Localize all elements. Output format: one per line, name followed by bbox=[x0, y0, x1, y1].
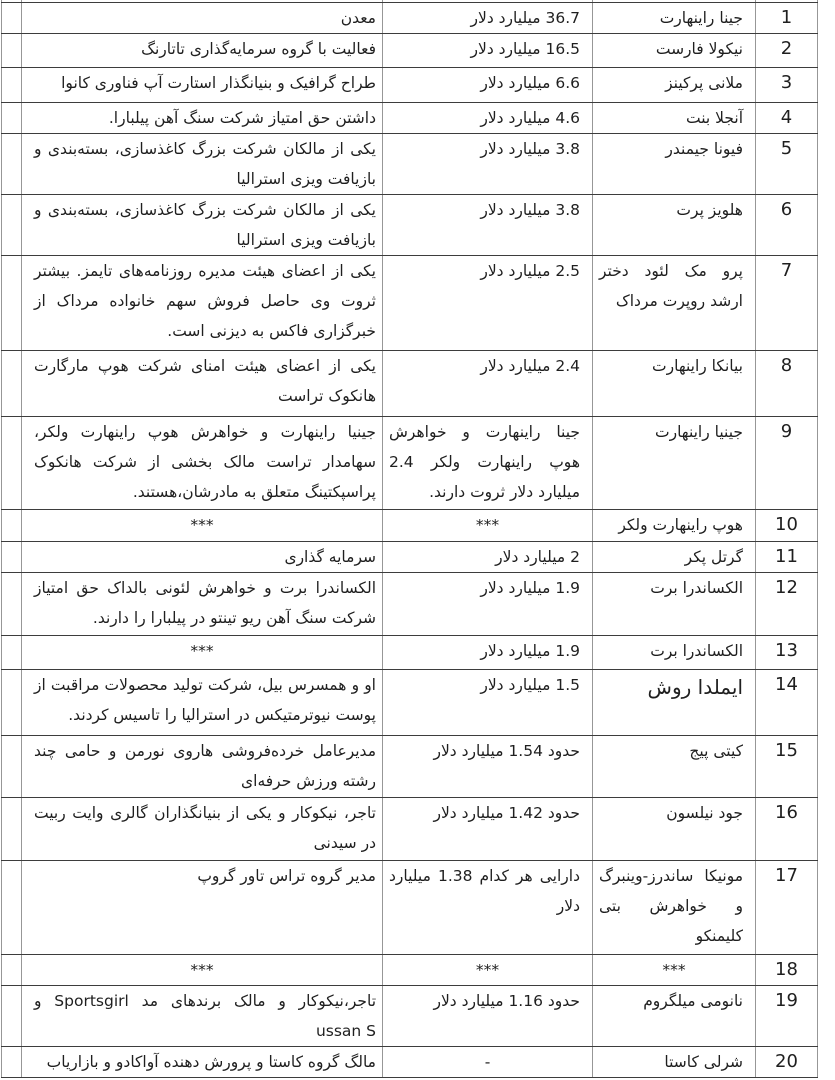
description-cell: *** bbox=[22, 955, 383, 986]
wealth-cell: 3.8 میلیارد دلار bbox=[383, 195, 593, 256]
name-cell: گرتل پکر bbox=[593, 542, 756, 573]
name-cell: جود نیلسون bbox=[593, 798, 756, 861]
name-cell: *** bbox=[593, 955, 756, 986]
table-row: 16 جود نیلسون حدود 1.42 میلیارد دلار تاج… bbox=[2, 798, 818, 861]
cropped-left-cell bbox=[2, 736, 22, 798]
description-cell: سرمایه گذاری bbox=[22, 542, 383, 573]
description-cell: فعالیت با گروه سرمایه‌گذاری تاتارنگ bbox=[22, 34, 383, 68]
rank-cell: 2 bbox=[756, 34, 818, 68]
cropped-left-cell bbox=[2, 3, 22, 34]
wealth-cell: 16.5 میلیارد دلار bbox=[383, 34, 593, 68]
wealth-cell: حدود 1.16 میلیارد دلار bbox=[383, 986, 593, 1047]
name-cell: پرو مک لئود دختر ارشد روپرت مرداک bbox=[593, 256, 756, 351]
description-cell: تاجر،نیکوکار و مالک برندهای مد Sportsgir… bbox=[22, 986, 383, 1047]
table-row: 4 آنجلا بنت 4.6 میلیارد دلار داشتن حق ام… bbox=[2, 103, 818, 134]
name-cell: آنجلا بنت bbox=[593, 103, 756, 134]
name-cell: ایملدا روش bbox=[593, 670, 756, 736]
name-cell: جینا راینهارت bbox=[593, 3, 756, 34]
table-row: 10 هوپ راینهارت ولکر *** *** bbox=[2, 510, 818, 542]
table-row: 9 جینیا راینهارت جینا راینهارت و خواهرش … bbox=[2, 417, 818, 510]
table-row: 19 نانومی میلگروم حدود 1.16 میلیارد دلار… bbox=[2, 986, 818, 1047]
wealth-cell: 2.4 میلیارد دلار bbox=[383, 351, 593, 417]
description-cell: معدن bbox=[22, 3, 383, 34]
description-cell: یکی از مالکان شرکت بزرگ کاغذسازی، بسته‌ب… bbox=[22, 195, 383, 256]
wealth-cell: 3.8 میلیارد دلار bbox=[383, 134, 593, 195]
rank-cell: 20 bbox=[756, 1047, 818, 1078]
table-row: 15 کیتی پیج حدود 1.54 میلیارد دلار مدیرع… bbox=[2, 736, 818, 798]
name-cell: هلویز پرت bbox=[593, 195, 756, 256]
wealth-cell: 4.6 میلیارد دلار bbox=[383, 103, 593, 134]
wealth-cell: 2.5 میلیارد دلار bbox=[383, 256, 593, 351]
rank-cell: 8 bbox=[756, 351, 818, 417]
wealth-cell: 36.7 میلیارد دلار bbox=[383, 3, 593, 34]
rank-cell: 7 bbox=[756, 256, 818, 351]
name-cell: نیکولا فارست bbox=[593, 34, 756, 68]
rank-cell: 5 bbox=[756, 134, 818, 195]
cropped-left-cell bbox=[2, 510, 22, 542]
description-cell: جینیا راینهارت و خواهرش هوپ راینهارت ولک… bbox=[22, 417, 383, 510]
wealth-cell: جینا راینهارت و خواهرش هوپ راینهارت ولکر… bbox=[383, 417, 593, 510]
rank-cell: 15 bbox=[756, 736, 818, 798]
wealth-cell: دارایی هر کدام 1.38 میلیارد دلار bbox=[383, 861, 593, 955]
description-cell: *** bbox=[22, 510, 383, 542]
cropped-left-cell bbox=[2, 542, 22, 573]
table-row: 3 ملانی پرکینز 6.6 میلیارد دلار طراح گرا… bbox=[2, 68, 818, 103]
name-cell: نانومی میلگروم bbox=[593, 986, 756, 1047]
name-cell: بیانکا راینهارت bbox=[593, 351, 756, 417]
rank-cell: 1 bbox=[756, 3, 818, 34]
name-cell: کیتی پیج bbox=[593, 736, 756, 798]
description-cell: او و همسرس بیل، شرکت تولید محصولات مراقب… bbox=[22, 670, 383, 736]
cropped-left-cell bbox=[2, 256, 22, 351]
wealth-cell: 1.9 میلیارد دلار bbox=[383, 573, 593, 636]
table-row: 12 الکساندرا برت 1.9 میلیارد دلار الکسان… bbox=[2, 573, 818, 636]
rank-cell: 6 bbox=[756, 195, 818, 256]
description-cell: مدیرعامل خرده‌فروشی هاروی نورمن و حامی چ… bbox=[22, 736, 383, 798]
cropped-left-cell bbox=[2, 417, 22, 510]
table-row: 17 مونیکا ساندرز-وینبرگ و خواهرش بتی کلی… bbox=[2, 861, 818, 955]
cropped-left-cell bbox=[2, 1047, 22, 1078]
rank-cell: 19 bbox=[756, 986, 818, 1047]
rank-cell: 14 bbox=[756, 670, 818, 736]
table-row: 6 هلویز پرت 3.8 میلیارد دلار یکی از مالک… bbox=[2, 195, 818, 256]
name-cell: ملانی پرکینز bbox=[593, 68, 756, 103]
rank-cell: 9 bbox=[756, 417, 818, 510]
rank-cell: 13 bbox=[756, 636, 818, 670]
table-row: 11 گرتل پکر 2 میلیارد دلار سرمایه گذاری bbox=[2, 542, 818, 573]
wealth-cell: *** bbox=[383, 955, 593, 986]
wealth-cell: 1.5 میلیارد دلار bbox=[383, 670, 593, 736]
cropped-left-cell bbox=[2, 670, 22, 736]
cropped-left-cell bbox=[2, 351, 22, 417]
name-cell: هوپ راینهارت ولکر bbox=[593, 510, 756, 542]
table-row: 1 جینا راینهارت 36.7 میلیارد دلار معدن bbox=[2, 3, 818, 34]
name-cell: مونیکا ساندرز-وینبرگ و خواهرش بتی کلیمنک… bbox=[593, 861, 756, 955]
description-cell: مدیر گروه تراس تاور گروپ bbox=[22, 861, 383, 955]
cropped-left-cell bbox=[2, 986, 22, 1047]
rank-cell: 16 bbox=[756, 798, 818, 861]
table-row: 20 شرلی کاستا - مالگ گروه کاستا و پرورش … bbox=[2, 1047, 818, 1078]
name-cell: شرلی کاستا bbox=[593, 1047, 756, 1078]
description-cell: یکی از اعضای هیئت مدیره روزنامه‌های تایم… bbox=[22, 256, 383, 351]
description-cell: یکی از مالکان شرکت بزرگ کاغذسازی، بسته‌ب… bbox=[22, 134, 383, 195]
rich-women-table-container: 1 جینا راینهارت 36.7 میلیارد دلار معدن 2… bbox=[1, 0, 818, 1078]
rank-cell: 10 bbox=[756, 510, 818, 542]
name-cell: جینیا راینهارت bbox=[593, 417, 756, 510]
wealth-cell: 6.6 میلیارد دلار bbox=[383, 68, 593, 103]
cropped-left-cell bbox=[2, 861, 22, 955]
table-body: 1 جینا راینهارت 36.7 میلیارد دلار معدن 2… bbox=[2, 0, 818, 1078]
wealth-cell: 1.9 میلیارد دلار bbox=[383, 636, 593, 670]
description-cell: تاجر، نیکوکار و یکی از بنیانگذاران گالری… bbox=[22, 798, 383, 861]
cropped-left-cell bbox=[2, 134, 22, 195]
description-cell: طراح گرافیک و بنیانگذار استارت آپ فناوری… bbox=[22, 68, 383, 103]
description-cell: الکساندرا برت و خواهرش لئونی بالداک حق ا… bbox=[22, 573, 383, 636]
table-row: 5 فیونا جیمندر 3.8 میلیارد دلار یکی از م… bbox=[2, 134, 818, 195]
cropped-left-cell bbox=[2, 573, 22, 636]
cropped-left-cell bbox=[2, 68, 22, 103]
table-row: 13 الکساندرا برت 1.9 میلیارد دلار *** bbox=[2, 636, 818, 670]
table-row: 7 پرو مک لئود دختر ارشد روپرت مرداک 2.5 … bbox=[2, 256, 818, 351]
wealth-cell: حدود 1.54 میلیارد دلار bbox=[383, 736, 593, 798]
rank-cell: 17 bbox=[756, 861, 818, 955]
description-cell: مالگ گروه کاستا و پرورش دهنده آواکادو و … bbox=[22, 1047, 383, 1078]
wealth-cell: - bbox=[383, 1047, 593, 1078]
table-row: 8 بیانکا راینهارت 2.4 میلیارد دلار یکی ا… bbox=[2, 351, 818, 417]
wealth-cell: *** bbox=[383, 510, 593, 542]
rank-cell: 18 bbox=[756, 955, 818, 986]
description-cell: داشتن حق امتیاز شرکت سنگ آهن پیلبارا. bbox=[22, 103, 383, 134]
cropped-left-cell bbox=[2, 636, 22, 670]
table-row: 2 نیکولا فارست 16.5 میلیارد دلار فعالیت … bbox=[2, 34, 818, 68]
name-cell: الکساندرا برت bbox=[593, 573, 756, 636]
cropped-left-cell bbox=[2, 34, 22, 68]
wealth-cell: حدود 1.42 میلیارد دلار bbox=[383, 798, 593, 861]
description-cell: یکی از اعضای هیئت امنای شرکت هوپ مارگارت… bbox=[22, 351, 383, 417]
rank-cell: 11 bbox=[756, 542, 818, 573]
rank-cell: 4 bbox=[756, 103, 818, 134]
cropped-left-cell bbox=[2, 103, 22, 134]
table-row: 18 *** *** *** bbox=[2, 955, 818, 986]
cropped-left-cell bbox=[2, 955, 22, 986]
table-row: 14 ایملدا روش 1.5 میلیارد دلار او و همسر… bbox=[2, 670, 818, 736]
wealth-cell: 2 میلیارد دلار bbox=[383, 542, 593, 573]
cropped-left-cell bbox=[2, 195, 22, 256]
description-cell: *** bbox=[22, 636, 383, 670]
rank-cell: 3 bbox=[756, 68, 818, 103]
cropped-left-cell bbox=[2, 798, 22, 861]
name-cell: فیونا جیمندر bbox=[593, 134, 756, 195]
name-cell: الکساندرا برت bbox=[593, 636, 756, 670]
rank-cell: 12 bbox=[756, 573, 818, 636]
rich-women-table: 1 جینا راینهارت 36.7 میلیارد دلار معدن 2… bbox=[1, 0, 818, 1078]
